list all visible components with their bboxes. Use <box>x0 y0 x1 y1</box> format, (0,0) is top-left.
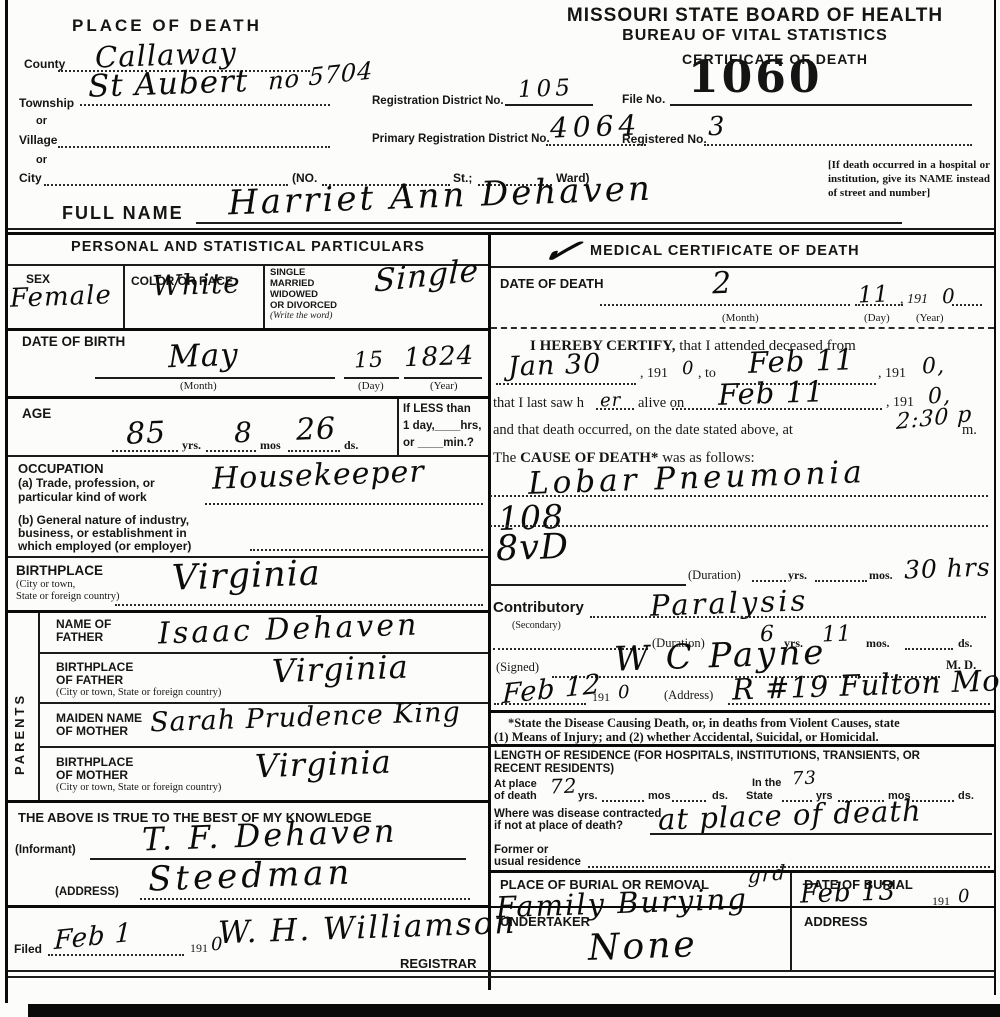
full-name-label: FULL NAME <box>62 203 184 224</box>
cause-footnote-1: *State the Disease Causing Death, or, in… <box>508 716 900 731</box>
left-edge-line <box>5 0 8 1003</box>
father-name-bottom <box>40 652 488 654</box>
father-birthplace-value: Virginia <box>271 648 409 691</box>
burial-place-flourish: grd <box>748 860 787 888</box>
mother-birthplace-label-1: BIRTHPLACE <box>56 755 133 769</box>
contributory-mos-unit: mos. <box>866 636 890 651</box>
residence-mos-line <box>602 800 644 802</box>
burial-date-value: Feb 13 <box>800 876 897 909</box>
occupation-a-label-1: (a) Trade, profession, or <box>18 476 155 490</box>
city-label: City <box>19 171 42 185</box>
informant-address-label: (ADDRESS) <box>55 886 119 898</box>
residence-yrs-unit: yrs. <box>578 790 598 802</box>
filed-label: Filed <box>14 942 42 956</box>
certify-last-date: Feb 11 <box>717 374 825 412</box>
cause-line-3: 8vD <box>495 527 569 570</box>
burial-row-bottom <box>490 906 994 908</box>
marital-hint: (Write the word) <box>270 311 332 321</box>
org-line-2: BUREAU OF VITAL STATISTICS <box>520 27 990 45</box>
township-value: St Aubert <box>87 63 249 105</box>
contributory-hint: (Secondary) <box>512 620 561 631</box>
residence-state-ds-unit: ds. <box>958 790 974 802</box>
place-of-death-title: PLACE OF DEATH <box>72 16 262 36</box>
registration-district-value: 105 <box>518 75 575 103</box>
informant-address-value: Steedman <box>147 852 354 899</box>
father-birthplace-hint: (City or town, State or foreign country) <box>56 687 221 698</box>
file-no-label: File No. <box>622 92 665 106</box>
dod-year-hint: (Year) <box>916 312 944 324</box>
signed-address-line <box>728 703 990 705</box>
township-line <box>80 104 330 106</box>
occupation-label: OCCUPATION <box>18 461 103 476</box>
bottom-scan-bar <box>28 1004 1000 1017</box>
contracted-label-2: if not at place of death? <box>494 820 623 832</box>
residence-at-place-1: At place <box>494 778 537 790</box>
certify-from-year: 0 <box>682 358 695 379</box>
age-months-value: 8 <box>233 416 253 450</box>
certify-last-line <box>672 408 882 410</box>
dob-label: DATE OF BIRTH <box>22 334 125 349</box>
age-months-line <box>206 450 256 452</box>
filed-date-line <box>48 954 184 956</box>
occupation-a-value: Housekeeper <box>211 454 425 496</box>
certify-line-3a: that I last saw h <box>493 395 584 412</box>
father-name-label-1: NAME OF <box>56 617 111 631</box>
birthplace-hint-1: (City or town, <box>16 579 75 590</box>
occupation-b-label-2: business, or establishment in <box>18 526 187 540</box>
dod-year-hw: 0 <box>942 284 957 308</box>
former-line <box>588 866 990 868</box>
cause-line-3-rule <box>490 584 686 586</box>
dob-month-value: May <box>167 337 239 375</box>
medical-section-title: MEDICAL CERTIFICATE OF DEATH <box>590 243 860 259</box>
age-days-line <box>288 450 340 452</box>
certify-to-year: 0, <box>922 354 946 380</box>
dob-year-value: 1824 <box>403 341 474 373</box>
marital-option-1: SINGLE <box>270 267 305 278</box>
township-note: no 5704 <box>268 56 374 95</box>
age-days-unit: ds. <box>344 438 358 453</box>
undertaker-address-label: ADDRESS <box>804 914 868 929</box>
contributory-ds-line <box>905 648 953 650</box>
age-label: AGE <box>22 406 51 421</box>
signed-year-printed: 191 <box>592 690 610 705</box>
father-name-value: Isaac Dehaven <box>157 607 419 651</box>
dob-year-line <box>404 377 482 379</box>
mother-birthplace-hint: (City or town, State or foreign country) <box>56 782 221 793</box>
certify-sep-1: , 191 <box>640 366 668 382</box>
signed-address-label: (Address) <box>664 688 713 703</box>
registration-district-line <box>505 104 593 106</box>
certify-sep-2: , 191 <box>878 366 906 382</box>
dod-year-line <box>952 304 982 306</box>
file-no-value: 1060 <box>688 52 822 103</box>
informant-value: T. F. Dehaven <box>141 812 398 859</box>
certify-to-word: , to <box>698 366 716 382</box>
ifless-line-3: or ____min.? <box>403 437 474 449</box>
certify-line-4: and that death occurred, on the date sta… <box>493 422 793 439</box>
right-edge-line <box>994 0 996 995</box>
or-label-1: or <box>36 115 47 127</box>
mother-name-label-1: MAIDEN NAME <box>56 711 142 725</box>
dod-row-separator <box>491 327 994 329</box>
residence-mos-unit: mos <box>648 790 671 802</box>
or-label-2: or <box>36 154 47 166</box>
color-value: White <box>151 266 241 302</box>
parents-bottom <box>8 800 488 803</box>
contracted-label-1: Where was disease contracted <box>494 808 661 820</box>
header-separator <box>8 228 994 230</box>
marital-option-3: WIDOWED <box>270 289 318 300</box>
color-marital-divider <box>263 265 265 329</box>
contributory-line <box>590 616 986 618</box>
residence-state-years: 73 <box>792 768 818 790</box>
cause-duration-label: (Duration) <box>688 568 741 583</box>
filed-date-value: Feb 1 <box>54 918 133 956</box>
file-no-line <box>670 104 972 106</box>
marital-value: Single <box>374 252 480 299</box>
sex-value: Female <box>10 280 113 314</box>
age-years-line <box>112 450 178 452</box>
full-name-line <box>196 222 902 224</box>
former-label-2: usual residence <box>494 856 581 868</box>
org-line-1: MISSOURI STATE BOARD OF HEALTH <box>520 5 990 27</box>
residence-bottom <box>490 870 994 873</box>
residence-at-years: 72 <box>550 774 578 799</box>
marital-option-2: MARRIED <box>270 278 314 289</box>
residence-in-the: In the <box>752 777 781 789</box>
filed-year-printed: 191 <box>190 941 208 956</box>
date-of-death-label: DATE OF DEATH <box>500 276 604 291</box>
residence-title-2: RECENT RESIDENTS) <box>494 763 614 775</box>
mother-birthplace-value: Virginia <box>254 743 392 786</box>
village-label: Village <box>19 133 57 147</box>
bottom-double-line-1 <box>8 970 994 972</box>
primary-district-label: Primary Registration District No. <box>372 133 550 145</box>
sex-row-bottom <box>8 328 488 331</box>
signed-label: (Signed) <box>496 660 539 675</box>
ifless-line-1: If LESS than <box>403 403 471 415</box>
birthplace-label: BIRTHPLACE <box>16 563 103 578</box>
registered-no-label: Registered No. <box>622 132 707 146</box>
dod-day-hint: (Day) <box>864 312 890 324</box>
occupation-a-line <box>205 503 483 505</box>
hospital-note: [If death occurred in a hospital or inst… <box>828 158 990 200</box>
ifless-line-2: 1 day,____hrs, <box>403 420 481 432</box>
dob-day-hint: (Day) <box>358 380 384 392</box>
dob-row-bottom <box>8 396 488 399</box>
dob-day-line <box>344 377 399 379</box>
undertaker-value: None <box>587 924 698 969</box>
dod-month-value: 2 <box>711 266 732 302</box>
certify-from-date: Jan 30 <box>507 348 601 382</box>
father-birthplace-label-2: OF FATHER <box>56 673 123 687</box>
registered-no-line <box>704 144 972 146</box>
parents-side-label: PARENTS <box>12 645 27 775</box>
contributory-ds-unit: ds. <box>958 636 972 651</box>
informant-label: (Informant) <box>15 844 76 856</box>
marital-option-4: OR DIVORCED <box>270 300 337 311</box>
age-days-value: 26 <box>295 411 336 447</box>
signed-year-hw: 0 <box>618 682 631 703</box>
occupation-b-label-3: which employed (or employer) <box>18 539 191 553</box>
dob-month-hint: (Month) <box>180 380 217 392</box>
registrar-label: REGISTRAR <box>400 956 477 971</box>
father-birthplace-label-1: BIRTHPLACE <box>56 660 133 674</box>
informant-address-line <box>140 898 470 900</box>
occupation-b-line <box>250 549 483 551</box>
cause-duration-mos-line <box>815 580 867 582</box>
footnote-bottom <box>490 744 994 747</box>
county-label: County <box>24 57 65 71</box>
burial-divider <box>790 873 792 970</box>
certify-pronoun-line <box>596 408 634 410</box>
age-ifless-divider <box>397 399 399 455</box>
personal-section-title: PERSONAL AND STATISTICAL PARTICULARS <box>8 239 488 255</box>
former-label-1: Former or <box>494 844 548 856</box>
signed-bottom <box>490 710 994 713</box>
sex-color-divider <box>123 265 125 329</box>
occupation-a-label-2: particular kind of work <box>18 490 147 504</box>
township-label: Township <box>19 96 74 110</box>
birthplace-value: Virginia <box>171 553 321 598</box>
contracted-line <box>650 833 992 835</box>
age-months-unit: mos <box>260 438 281 453</box>
parents-band-divider <box>38 613 40 803</box>
cause-intro-a: The <box>493 450 520 466</box>
certify-from-line <box>496 383 636 385</box>
age-years-value: 85 <box>125 415 166 451</box>
dob-month-line <box>95 377 335 379</box>
father-name-label-2: FATHER <box>56 630 103 644</box>
age-years-unit: yrs. <box>182 438 201 453</box>
cause-line-1-rule <box>490 495 988 497</box>
header-separator-2 <box>8 232 994 235</box>
occupation-b-label-1: (b) General nature of industry, <box>18 513 189 527</box>
column-divider <box>488 233 491 990</box>
mother-name-label-2: OF MOTHER <box>56 724 128 738</box>
dod-month-hint: (Month) <box>722 312 759 324</box>
registrar-signature: W. H. Williamson <box>217 905 516 951</box>
dod-day-value: 11 <box>858 281 890 308</box>
registered-no-value: 3 <box>707 112 726 143</box>
dob-day-value: 15 <box>354 347 385 373</box>
birthplace-hint-2: State or foreign country) <box>16 591 120 602</box>
death-certificate-scan: PLACE OF DEATH MISSOURI STATE BOARD OF H… <box>0 0 1000 1017</box>
village-line <box>58 146 330 148</box>
dod-month-line <box>600 304 850 306</box>
burial-year-hw: 0 <box>958 886 971 907</box>
cause-footnote-2: (1) Means of Injury; and (2) whether Acc… <box>494 730 879 745</box>
cause-mos-unit: mos. <box>869 568 893 583</box>
mother-birthplace-label-2: OF MOTHER <box>56 768 128 782</box>
residence-title-1: LENGTH OF RESIDENCE (FOR HOSPITALS, INST… <box>494 750 920 762</box>
contributory-months: 11 <box>822 621 853 647</box>
dob-year-hint: (Year) <box>430 380 458 392</box>
contributory-label: Contributory <box>493 599 584 616</box>
certify-line-4-end: m. <box>962 422 977 439</box>
cause-duration-value: 30 hrs <box>904 552 992 584</box>
bottom-double-line-2 <box>8 976 994 978</box>
signed-date-line <box>494 703 586 705</box>
undertaker-label: UNDERTAKER <box>500 914 590 929</box>
registration-district-label: Registration District No. <box>372 95 504 107</box>
cause-yrs-unit: yrs. <box>788 568 807 583</box>
cause-duration-yrs-line <box>752 580 786 582</box>
medical-title-underline <box>491 266 994 268</box>
birthplace-line <box>115 604 483 606</box>
dod-year-printed: , 191 <box>900 292 928 308</box>
residence-at-place-2: of death <box>494 790 537 802</box>
